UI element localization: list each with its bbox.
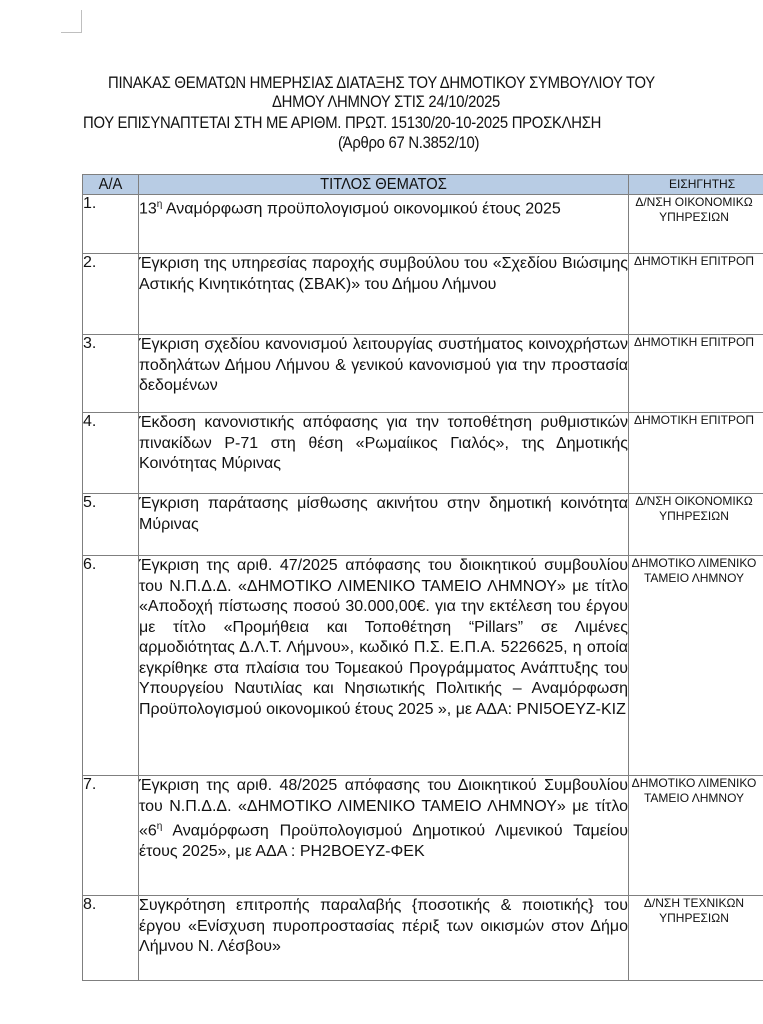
- row-title: Έγκριση της αριθ. 47/2025 απόφασης του δ…: [139, 556, 629, 776]
- header-rapporteur: ΕΙΣΗΓΗΤΗΣ: [629, 175, 763, 195]
- row-number: 6.: [83, 556, 139, 776]
- row-title: 13η Αναμόρφωση προϋπολογισμού οικονομικο…: [139, 195, 629, 254]
- row-rapporteur: ΔΗΜΟΤΙΚΗ ΕΠΙΤΡΟΠ: [629, 413, 763, 494]
- row-rapporteur: ΔΗΜΟΤΙΚΗ ΕΠΙΤΡΟΠ: [629, 335, 763, 413]
- table-row: 8.Συγκρότηση επιτροπής παραλαβής {ποσοτι…: [83, 896, 763, 981]
- page-corner-mark: [61, 10, 82, 33]
- row-number: 1.: [83, 195, 139, 254]
- row-number: 3.: [83, 335, 139, 413]
- heading-line-3: ΠΟΥ ΕΠΙΣΥΝΑΠΤΕΤΑΙ ΣΤΗ ΜΕ ΑΡΙΘΜ. ΠΡΩΤ. 15…: [83, 114, 601, 133]
- row-title: Έγκριση της αριθ. 48/2025 απόφασης του Δ…: [139, 776, 629, 896]
- row-title: Έγκριση παράτασης μίσθωσης ακινήτου στην…: [139, 494, 629, 556]
- row-number: 8.: [83, 896, 139, 981]
- row-rapporteur: Δ/ΝΣΗ ΤΕΧΝΙΚΩΝΥΠΗΡΕΣΙΩΝ: [629, 896, 763, 981]
- row-rapporteur: Δ/ΝΣΗ ΟΙΚΟΝΟΜΙΚΩΥΠΗΡΕΣΙΩΝ: [629, 494, 763, 556]
- row-title: Έκδοση κανονιστικής απόφασης για την τοπ…: [139, 413, 629, 494]
- table-row: 3.Έγκριση σχεδίου κανονισμού λειτουργίας…: [83, 335, 763, 413]
- header-title: ΤΙΤΛΟΣ ΘΕΜΑΤΟΣ: [139, 175, 629, 195]
- row-rapporteur: ΔΗΜΟΤΙΚΟ ΛΙΜΕΝΙΚΟΤΑΜΕΙΟ ΛΗΜΝΟΥ: [629, 776, 763, 896]
- row-number: 4.: [83, 413, 139, 494]
- row-title: Έγκριση σχεδίου κανονισμού λειτουργίας σ…: [139, 335, 629, 413]
- row-rapporteur: ΔΗΜΟΤΙΚΟ ΛΙΜΕΝΙΚΟΤΑΜΕΙΟ ΛΗΜΝΟΥ: [629, 556, 763, 776]
- table-row: 5.Έγκριση παράτασης μίσθωσης ακινήτου στ…: [83, 494, 763, 556]
- table-row: 1.13η Αναμόρφωση προϋπολογισμού οικονομι…: [83, 195, 763, 254]
- heading-line-1: ΠΙΝΑΚΑΣ ΘΕΜΑΤΩΝ ΗΜΕΡΗΣΙΑΣ ΔΙΑΤΑΞΗΣ ΤΟΥ Δ…: [108, 74, 655, 93]
- header-number: Α/Α: [83, 175, 139, 195]
- row-rapporteur: Δ/ΝΣΗ ΟΙΚΟΝΟΜΙΚΩΥΠΗΡΕΣΙΩΝ: [629, 195, 763, 254]
- row-number: 2.: [83, 254, 139, 335]
- heading-line-2: ΔΗΜΟΥ ΛΗΜΝΟΥ ΣΤΙΣ 24/10/2025: [272, 93, 500, 112]
- row-number: 7.: [83, 776, 139, 896]
- row-rapporteur: ΔΗΜΟΤΙΚΗ ΕΠΙΤΡΟΠ: [629, 254, 763, 335]
- table-row: 6.Έγκριση της αριθ. 47/2025 απόφασης του…: [83, 556, 763, 776]
- row-title: Συγκρότηση επιτροπής παραλαβής {ποσοτική…: [139, 896, 629, 981]
- agenda-table: Α/Α ΤΙΤΛΟΣ ΘΕΜΑΤΟΣ ΕΙΣΗΓΗΤΗΣ 1.13η Αναμό…: [82, 174, 763, 981]
- table-row: 4.Έκδοση κανονιστικής απόφασης για την τ…: [83, 413, 763, 494]
- table-row: 7.Έγκριση της αριθ. 48/2025 απόφασης του…: [83, 776, 763, 896]
- row-title: Έγκριση της υπηρεσίας παροχής συμβούλου …: [139, 254, 629, 335]
- table-header-row: Α/Α ΤΙΤΛΟΣ ΘΕΜΑΤΟΣ ΕΙΣΗΓΗΤΗΣ: [83, 175, 763, 195]
- table-row: 2.Έγκριση της υπηρεσίας παροχής συμβούλο…: [83, 254, 763, 335]
- heading-line-4: (Άρθρο 67 Ν.3852/10): [338, 134, 479, 153]
- row-number: 5.: [83, 494, 139, 556]
